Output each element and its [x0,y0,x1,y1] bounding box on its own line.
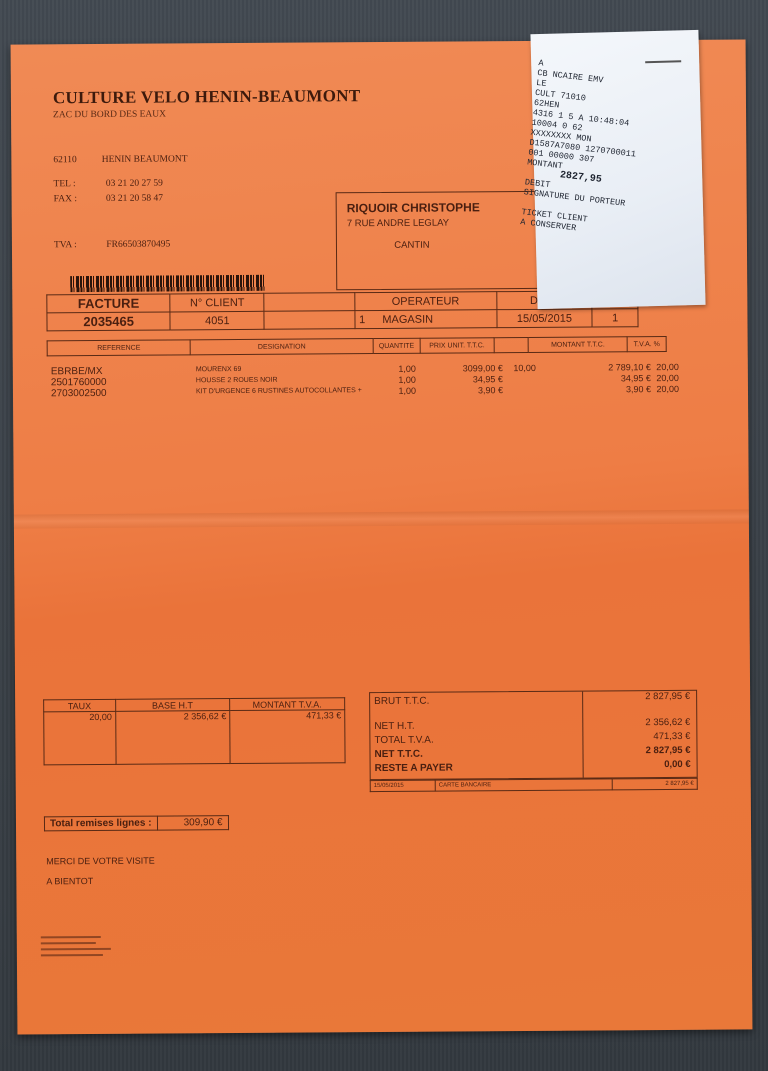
payment-date: 15/05/2015 [370,780,435,791]
client-name: RIQUOIR CHRISTOPHE [347,200,480,215]
brut-label: BRUT T.T.C. [374,696,429,707]
reste-label: RESTE A PAYER [375,763,453,775]
net-ht-value: 2 356,62 € [645,717,690,728]
item-quantite: 1,00 [386,386,416,396]
seller-tva-line: TVA : FR66503870495 [54,239,170,250]
operateur-label: OPERATEUR [354,292,496,311]
seller-tel-line: TEL : 03 21 20 27 59 [53,179,162,190]
seller-city: HENIN BEAUMONT [102,154,188,165]
remises-label: Total remises lignes : [44,816,157,831]
items-header: REFERENCE DESIGNATION QUANTITE PRIX UNIT… [47,336,667,356]
item-reference: 2501760000 [51,377,107,388]
item-montant: 2 789,10 € [571,362,651,373]
item-reference: 2703002500 [51,388,107,399]
receipt-lines: ACB NCAIRE EMVLECULT 7101062HEN4316 1 5 … [520,58,646,239]
client-address-box: RIQUOIR CHRISTOPHE 7 RUE ANDRE LEGLAY CA… [336,191,539,290]
payment-method: CARTE BANCAIRE [435,779,612,791]
operateur-value: 1 MAGASIN [355,310,497,329]
facture-number: 2035465 [47,312,170,331]
seller-name: CULTURE VELO HENIN-BEAUMONT [53,86,361,108]
fine-print [41,936,121,961]
seller-tel: 03 21 20 27 59 [106,179,163,189]
remises-box: Total remises lignes : 309,90 € [44,815,229,831]
item-prix-unit: 3,90 € [431,385,503,396]
items-list: EBRBE/MX MOURENX 69 1,00 3099,00 € 10,00… [51,362,671,399]
col-tva: T.V.A. % [627,337,666,352]
net-ttc-label: NET T.T.C. [374,749,422,760]
col-remise [494,337,529,352]
operateur-name: MAGASIN [382,313,433,325]
item-tva: 20,00 [651,373,679,383]
col-designation: DESIGNATION [190,339,373,355]
net-ht-label: NET H.T. [374,721,414,732]
tva-label: TVA : [54,240,104,250]
item-prix-unit: 34,95 € [431,374,503,385]
col-prix-unit: PRIX UNIT. T.T.C. [420,338,494,354]
header-empty-cell-2 [264,311,354,330]
client-number: 4051 [170,311,264,330]
item-designation: KIT D'URGENCE 6 RUSTINES AUTOCOLLANTES + [196,387,362,395]
seller-tva: FR66503870495 [106,239,170,249]
remises-value: 309,90 € [157,816,228,830]
facture-label: FACTURE [47,294,170,313]
tva-taux: 20,00 [44,711,116,764]
tva-montant-label: MONTANT T.V.A. [230,698,345,711]
card-receipt: ACB NCAIRE EMVLECULT 7101062HEN4316 1 5 … [530,30,705,309]
tva-taux-label: TAUX [44,699,116,711]
item-tva: 20,00 [651,384,679,394]
total-tva-label: TOTAL T.V.A. [374,735,433,746]
item-designation: MOURENX 69 [196,366,242,373]
receipt-tear-mark [645,60,681,63]
col-montant: MONTANT T.T.C. [528,337,627,353]
col-quantite: QUANTITE [373,338,420,353]
item-quantite: 1,00 [386,364,416,374]
item-montant: 3,90 € [571,384,651,395]
seller-city-line: 62110 HENIN BEAUMONT [53,154,187,165]
item-montant: 34,95 € [571,373,651,384]
header-empty-cell [264,293,354,312]
fax-label: FAX : [54,194,104,204]
payment-row: 15/05/2015 CARTE BANCAIRE 2 827,95 € [370,778,698,792]
tva-base: 2 356,62 € [115,711,230,765]
client-number-label: N° CLIENT [170,293,264,312]
seller-fax: 03 21 20 58 47 [106,194,163,204]
invoice-date: 15/05/2015 [497,309,593,328]
item-reference: EBRBE/MX [51,366,103,377]
totals-box: BRUT T.T.C. 2 827,95 € NET H.T. 2 356,62… [369,690,698,780]
tva-summary-table: TAUX BASE H.T MONTANT T.V.A. 20,00 2 356… [43,697,345,765]
total-tva-value: 471,33 € [653,731,690,742]
item-designation: HOUSSE 2 ROUES NOIR [196,377,278,385]
reste-value: 0,00 € [664,759,690,770]
client-city: CANTIN [337,239,487,251]
net-ttc-value: 2 827,95 € [646,745,691,756]
item-prix-unit: 3099,00 € [431,363,503,374]
barcode [70,275,265,292]
seller-fax-line: FAX : 03 21 20 58 47 [54,194,163,205]
item-tva: 20,00 [651,362,679,372]
item-remise: 10,00 [506,363,536,373]
tva-montant: 471,33 € [230,710,345,764]
brut-value: 2 827,95 € [645,691,690,702]
operateur-id: 1 [359,314,365,326]
seller-postal-code: 62110 [53,155,99,165]
totals-divider [582,692,584,778]
seller-address: ZAC DU BORD DES EAUX [53,109,166,120]
item-quantite: 1,00 [386,375,416,385]
col-reference: REFERENCE [47,340,190,356]
goodbye-message: A BIENTOT [46,876,93,886]
tva-base-label: BASE H.T [115,699,229,712]
page-number: 1 [592,309,638,327]
tel-label: TEL : [53,179,103,189]
paper-fold [14,509,749,528]
thanks-message: MERCI DE VOTRE VISITE [46,856,155,867]
payment-amount: 2 827,95 € [612,778,697,790]
client-street: 7 RUE ANDRE LEGLAY [347,218,449,230]
